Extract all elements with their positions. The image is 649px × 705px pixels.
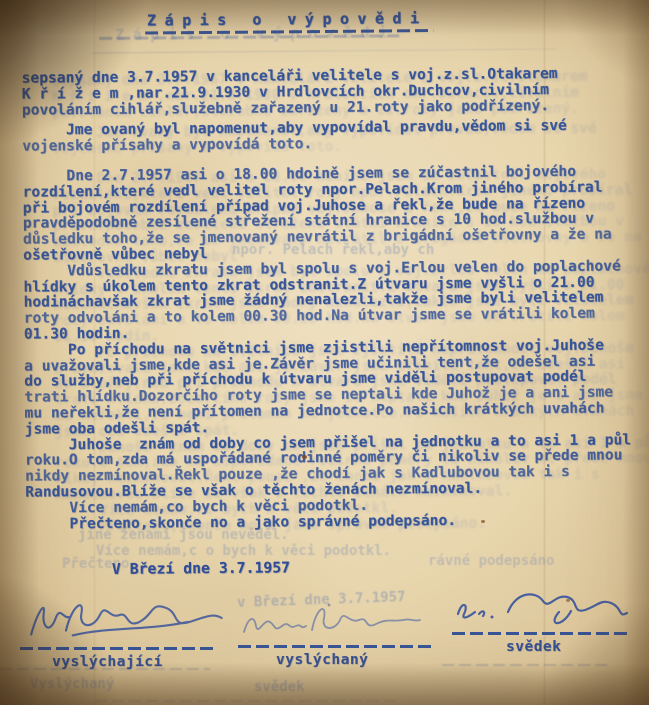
- title-block: Zápis o výpovědi Zápis o výpovědi: [0, 0, 646, 59]
- ink-speck: [481, 520, 485, 523]
- ink-speck: [302, 455, 307, 459]
- ink-speck: [566, 599, 570, 602]
- typed-content: Zápis o výpovědi Zápis o výpovědi sepsan…: [0, 0, 649, 705]
- dateline: V Březí dne 3.7.1957: [112, 556, 649, 578]
- typed-line: vojenské přísahy a vypovídá toto.: [22, 133, 647, 154]
- typed-line: povoláním cihlář,služebně zařazený u 21.…: [22, 97, 647, 118]
- scanned-document-page: Zápis o výpovědi Zápis o výpovědi sepsan…: [0, 0, 649, 705]
- document-body: sepsaný dne 3.7.1957 v kanceláři velitel…: [0, 53, 649, 532]
- faint-smudge-line: [92, 48, 557, 54]
